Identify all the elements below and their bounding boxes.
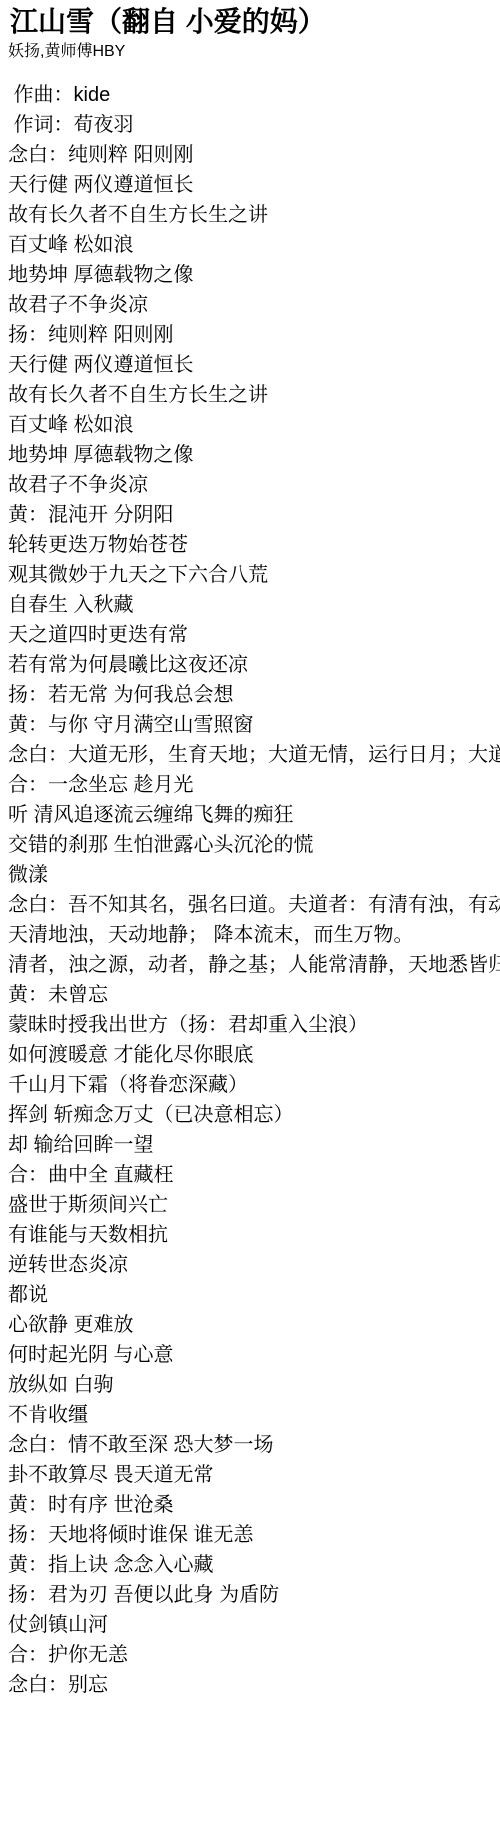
lyric-line: 扬：天地将倾时谁保 谁无恙 — [8, 1520, 500, 1550]
lyric-line: 微漾 — [8, 860, 500, 890]
lyric-line: 若有常为何晨曦比这夜还凉 — [8, 650, 500, 680]
lyric-line: 天行健 两仪遵道恒长 — [8, 350, 500, 380]
lyric-line: 扬：若无常 为何我总会想 — [8, 680, 500, 710]
lyric-line: 念白：情不敢至深 恐大梦一场 — [8, 1430, 500, 1460]
song-title: 江山雪（翻自 小爱的妈） — [8, 6, 500, 38]
lyrics-page: 江山雪（翻自 小爱的妈） 妖扬,黄师傅HBY 作曲：kide 作词：荀夜羽念白：… — [0, 0, 500, 1840]
lyric-line: 何时起光阴 与心意 — [8, 1340, 500, 1370]
lyric-line: 观其微妙于九天之下六合八荒 — [8, 560, 500, 590]
lyric-line: 合：曲中全 直藏枉 — [8, 1160, 500, 1190]
lyric-line: 有谁能与天数相抗 — [8, 1220, 500, 1250]
lyric-line: 黄：未曾忘 — [8, 980, 500, 1010]
artist-name: 妖扬,黄师傅HBY — [8, 42, 500, 61]
lyric-line: 放纵如 白驹 — [8, 1370, 500, 1400]
lyric-line: 天行健 两仪遵道恒长 — [8, 170, 500, 200]
lyric-line: 百丈峰 松如浪 — [8, 230, 500, 260]
lyric-line: 作曲：kide — [8, 80, 500, 110]
lyric-line: 都说 — [8, 1280, 500, 1310]
lyric-line: 扬：纯则粹 阳则刚 — [8, 320, 500, 350]
lyric-line: 地势坤 厚德载物之像 — [8, 260, 500, 290]
lyric-line: 地势坤 厚德载物之像 — [8, 440, 500, 470]
song-header: 江山雪（翻自 小爱的妈） 妖扬,黄师傅HBY — [0, 0, 500, 61]
lyric-line: 逆转世态炎凉 — [8, 1250, 500, 1280]
lyric-line: 蒙昧时授我出世方（扬：君却重入尘浪） — [8, 1010, 500, 1040]
lyric-line: 念白：别忘 — [8, 1670, 500, 1700]
lyric-line: 念白：大道无形，生育天地；大道无情，运行日月；大道无名，长养万物。 — [8, 740, 500, 770]
lyric-line: 天清地浊，天动地静； 降本流末，而生万物。 — [8, 920, 500, 950]
lyric-line: 挥剑 斩痴念万丈（已决意相忘） — [8, 1100, 500, 1130]
lyric-line: 仗剑镇山河 — [8, 1610, 500, 1640]
lyric-line: 故有长久者不自生方长生之讲 — [8, 200, 500, 230]
lyric-line: 却 输给回眸一望 — [8, 1130, 500, 1160]
lyric-line: 合：护你无恙 — [8, 1640, 500, 1670]
lyric-line: 千山月下霜（将眷恋深藏） — [8, 1070, 500, 1100]
lyric-line: 自春生 入秋藏 — [8, 590, 500, 620]
lyric-line: 扬：君为刃 吾便以此身 为盾防 — [8, 1580, 500, 1610]
lyric-line: 黄：时有序 世沧桑 — [8, 1490, 500, 1520]
lyric-line: 清者，浊之源，动者，静之基；人能常清静，天地悉皆归。 — [8, 950, 500, 980]
lyric-line: 不肯收缰 — [8, 1400, 500, 1430]
lyrics-block: 作曲：kide 作词：荀夜羽念白：纯则粹 阳则刚天行健 两仪遵道恒长故有长久者不… — [8, 80, 500, 1700]
lyric-line: 黄：混沌开 分阴阳 — [8, 500, 500, 530]
lyric-line: 盛世于斯须间兴亡 — [8, 1190, 500, 1220]
lyric-line: 黄：与你 守月满空山雪照窗 — [8, 710, 500, 740]
lyric-line: 合：一念坐忘 趁月光 — [8, 770, 500, 800]
lyric-line: 听 清风追逐流云缠绵飞舞的痴狂 — [8, 800, 500, 830]
lyric-line: 天之道四时更迭有常 — [8, 620, 500, 650]
lyric-line: 心欲静 更难放 — [8, 1310, 500, 1340]
lyric-line: 如何渡暖意 才能化尽你眼底 — [8, 1040, 500, 1070]
lyric-line: 故君子不争炎凉 — [8, 290, 500, 320]
lyric-line: 故君子不争炎凉 — [8, 470, 500, 500]
lyric-line: 轮转更迭万物始苍苍 — [8, 530, 500, 560]
lyric-line: 交错的刹那 生怕泄露心头沉沦的慌 — [8, 830, 500, 860]
lyric-line: 故有长久者不自生方长生之讲 — [8, 380, 500, 410]
lyric-line: 念白：纯则粹 阳则刚 — [8, 140, 500, 170]
lyric-line: 作词：荀夜羽 — [8, 110, 500, 140]
lyric-line: 念白：吾不知其名，强名曰道。夫道者：有清有浊，有动有静。 — [8, 890, 500, 920]
lyric-line: 黄：指上诀 念念入心藏 — [8, 1550, 500, 1580]
lyric-line: 百丈峰 松如浪 — [8, 410, 500, 440]
lyric-line: 卦不敢算尽 畏天道无常 — [8, 1460, 500, 1490]
